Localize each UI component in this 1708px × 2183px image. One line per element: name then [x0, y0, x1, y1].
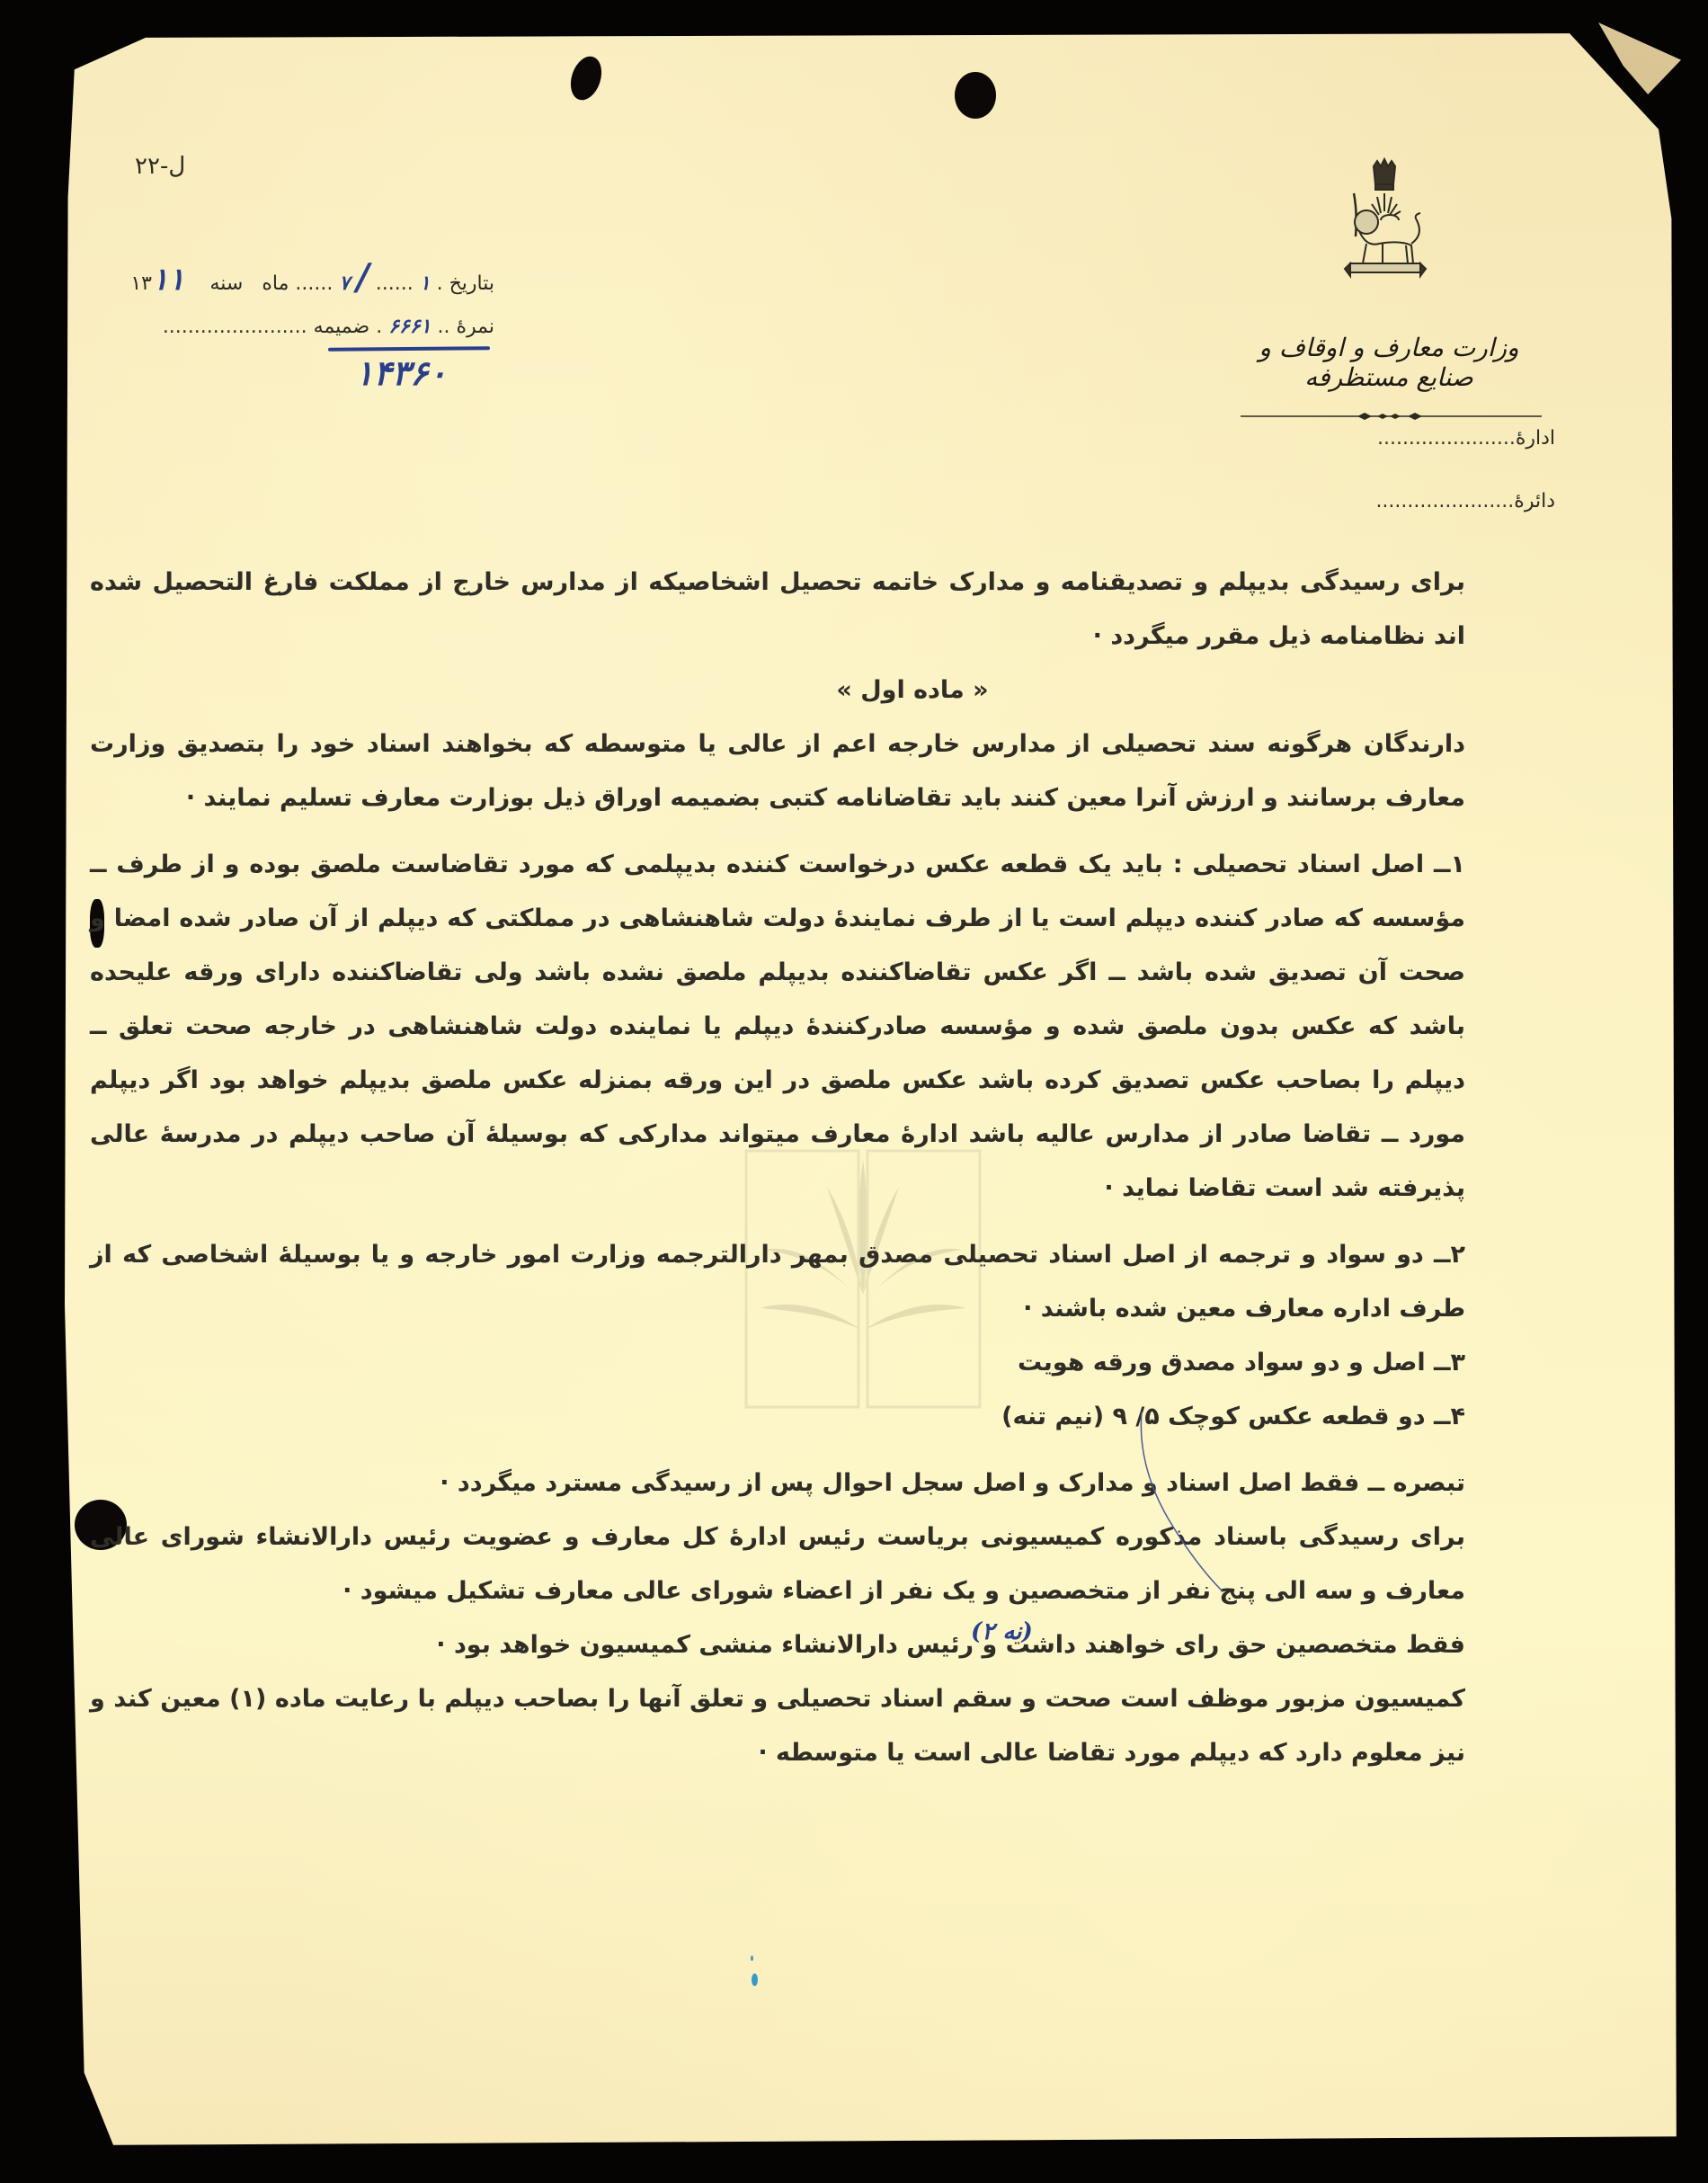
- attachment-label: ضمیمه: [314, 316, 370, 338]
- date-label: بتاریخ: [449, 272, 494, 295]
- department-field: دائرهٔ......................: [1375, 490, 1555, 512]
- duty-paragraph: کمیسیون مزبور موظف است صحت و سقم اسناد ت…: [90, 1672, 1465, 1780]
- department-label: دائرهٔ: [1514, 490, 1555, 512]
- item-one-paragraph: ۱ــ اصل اسناد تحصیلی : باید یک قطعه عکس …: [90, 838, 1465, 1216]
- date-day: ۱: [420, 272, 431, 295]
- intro-paragraph: برای رسیدگی بدیپلم و تصدیقنامه و مدارک خ…: [90, 556, 1465, 664]
- item-three: ۳ــ اصل و دو سواد مصدق ورقه هویت: [90, 1336, 1465, 1390]
- voting-paragraph: فقط متخصصین حق رای خواهند داشت و رئیس دا…: [90, 1618, 1465, 1672]
- ornamental-divider: [1241, 407, 1542, 425]
- number-label: نمرهٔ: [456, 316, 494, 338]
- document-body: برای رسیدگی بدیپلم و تصدیقنامه و مدارک خ…: [90, 556, 1465, 1780]
- date-slash: /: [356, 256, 369, 298]
- ink-spot: [752, 1974, 758, 1986]
- article-title: « ماده اول »: [90, 664, 1465, 717]
- ink-spot: [751, 1956, 753, 1961]
- pen-stroke-mark: [1115, 1412, 1294, 1591]
- lion-and-sun-emblem-icon: [1330, 157, 1438, 292]
- year-label: سنه: [210, 272, 244, 295]
- punch-hole-top-right: [955, 72, 996, 119]
- month-label: ماه: [262, 272, 289, 295]
- year-handwritten: ۱۱: [152, 262, 185, 298]
- number-line: نمرهٔ .. ۶۶۶۱ . ضمیمه ..................…: [135, 315, 494, 338]
- handwritten-margin-note: (۲ نه): [971, 1618, 1033, 1645]
- article-one-paragraph: دارندگان هرگونه سند تحصیلی از مدارس خارج…: [90, 717, 1465, 825]
- date-month: ۷: [339, 272, 350, 295]
- office-field: ادارهٔ......................: [1375, 427, 1555, 450]
- office-label: ادارهٔ: [1516, 427, 1555, 450]
- year-printed: ۱۳: [130, 272, 152, 295]
- number-handwritten: ۶۶۶۱: [388, 315, 431, 338]
- registration-number: ۱۴۳۶۰: [355, 352, 447, 393]
- date-line: بتاریخ . ۱ ...... / ۷ ...... ماه سنه ۱۳۱…: [135, 256, 494, 298]
- ministry-name: وزارت معارف و اوقاف و صنایع مستظرفه: [1241, 333, 1537, 392]
- item-two-paragraph: ۲ــ دو سواد و ترجمه از اصل اسناد تحصیلی …: [90, 1228, 1465, 1336]
- reference-code: ل-۲۲: [135, 153, 185, 180]
